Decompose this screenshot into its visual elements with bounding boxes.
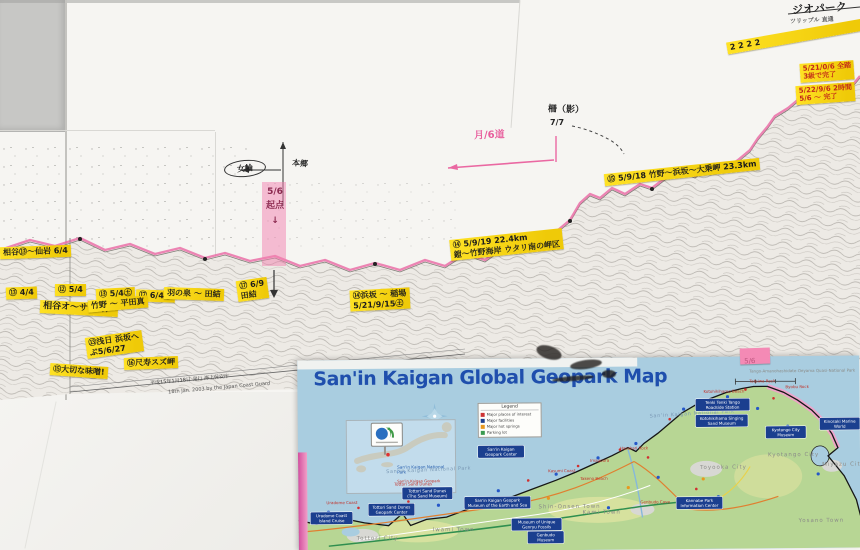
town-label: Tottori City	[357, 536, 399, 542]
pink-sticky-note: 5/6	[740, 347, 771, 364]
pink-route-label: 月/6道	[474, 125, 505, 141]
sticky-note: ⑫ 5/4	[55, 284, 86, 296]
facility-label: San'in Kaigan Geopark Center	[478, 445, 524, 457]
pink-strip-text: 5/6 起点 ↓	[266, 185, 284, 228]
facility-label: Uradome Coast Island Cruise	[310, 512, 352, 524]
pink-sticky-text: 5/6	[740, 357, 756, 366]
map-fold-edge	[298, 452, 308, 550]
sticky-note: 5/21/0/6 全踏 3級で完了	[799, 60, 855, 83]
place-label: Genbudo Cave	[640, 499, 670, 504]
place-label: Hasakari Rock	[620, 445, 648, 450]
legend-title: Legend	[481, 404, 539, 411]
place-label: Tottori Sand Dunes	[394, 481, 432, 486]
map-legend: Legend Major places of interest Major fa…	[478, 402, 542, 438]
facility-label: Kannabe Park Information Center	[676, 497, 722, 509]
legend-item: Parking lot	[481, 429, 539, 435]
facility-label: San'in Kaigan Geopark Museum of the Eart…	[464, 496, 530, 509]
place-label: Kasumi Coast	[548, 468, 575, 473]
sticky-note: 羽の泉 〜 田結	[164, 287, 224, 301]
town-label: Toyooka City	[700, 465, 747, 471]
town-label: Kyotango City	[768, 452, 819, 458]
sticky-note: ⑰ 6/9 田結	[236, 277, 269, 302]
facility-label: Kyotango City Museum	[766, 426, 806, 438]
photo-wall-of-maps: 平成15年1月18日 発行 海上保安庁 18th Jan. 2003 by th…	[0, 0, 860, 550]
sticky-note: 相谷⑬〜仙岩 6/4	[0, 245, 71, 259]
facility-label: Tottori Sand Dunes Geopark Center	[368, 503, 414, 515]
legend-swatch-hotsprings	[481, 424, 485, 428]
legend-swatch-facilities	[481, 418, 485, 422]
place-label: Takeno Beach	[580, 476, 608, 481]
place-label: Uradome Coast	[326, 500, 357, 505]
facility-label: Kotohikihama Singing Sand Museum	[696, 415, 748, 427]
place-label: Kotohikihama Beach	[703, 389, 744, 394]
town-label: Miyazu City	[822, 462, 860, 468]
legend-swatch-parking	[481, 430, 485, 434]
sticky-note: ⑬ 4/4	[6, 286, 37, 299]
facility-label: Kinosaki Marine World	[820, 418, 860, 430]
place-label: Byobu Rock	[785, 384, 809, 389]
town-label: Kami Town	[582, 510, 620, 516]
legend-item: Major hot springs	[481, 423, 539, 429]
handwritten-fence-date: 7/7	[550, 118, 564, 127]
legend-item: Major places of interest	[481, 411, 539, 417]
facility-label: Genbudo Museum	[528, 531, 564, 543]
legend-item: Major facilities	[481, 417, 539, 423]
ink-smudge	[602, 370, 616, 378]
sticky-note: ⑯尺寿スズ岬	[124, 356, 178, 369]
town-label: Iwami Town	[433, 527, 475, 533]
town-label: Yosano Town	[799, 518, 845, 524]
facility-label: Museum of Unique Genryu Fossils	[512, 518, 562, 530]
facility-label: Tottori Sand Dunes (The Sand Museum)	[402, 487, 452, 499]
handwritten-fence-note: 柵（影）	[548, 101, 584, 115]
place-label: Imagoura	[590, 458, 609, 463]
geopark-map-sheet: San'in Kaigan Global Geopark Map Tango-A…	[297, 356, 860, 550]
sticky-note: ⑭浜坂 〜 稲場 5/21/9/15㊏	[349, 287, 410, 311]
place-label: Tateiwa Rock	[749, 378, 775, 383]
legend-swatch-places	[481, 412, 485, 416]
compass-right-label: 本郷	[292, 157, 309, 169]
facility-label: Tenki Tenki Tango Roadside Station	[696, 399, 750, 411]
